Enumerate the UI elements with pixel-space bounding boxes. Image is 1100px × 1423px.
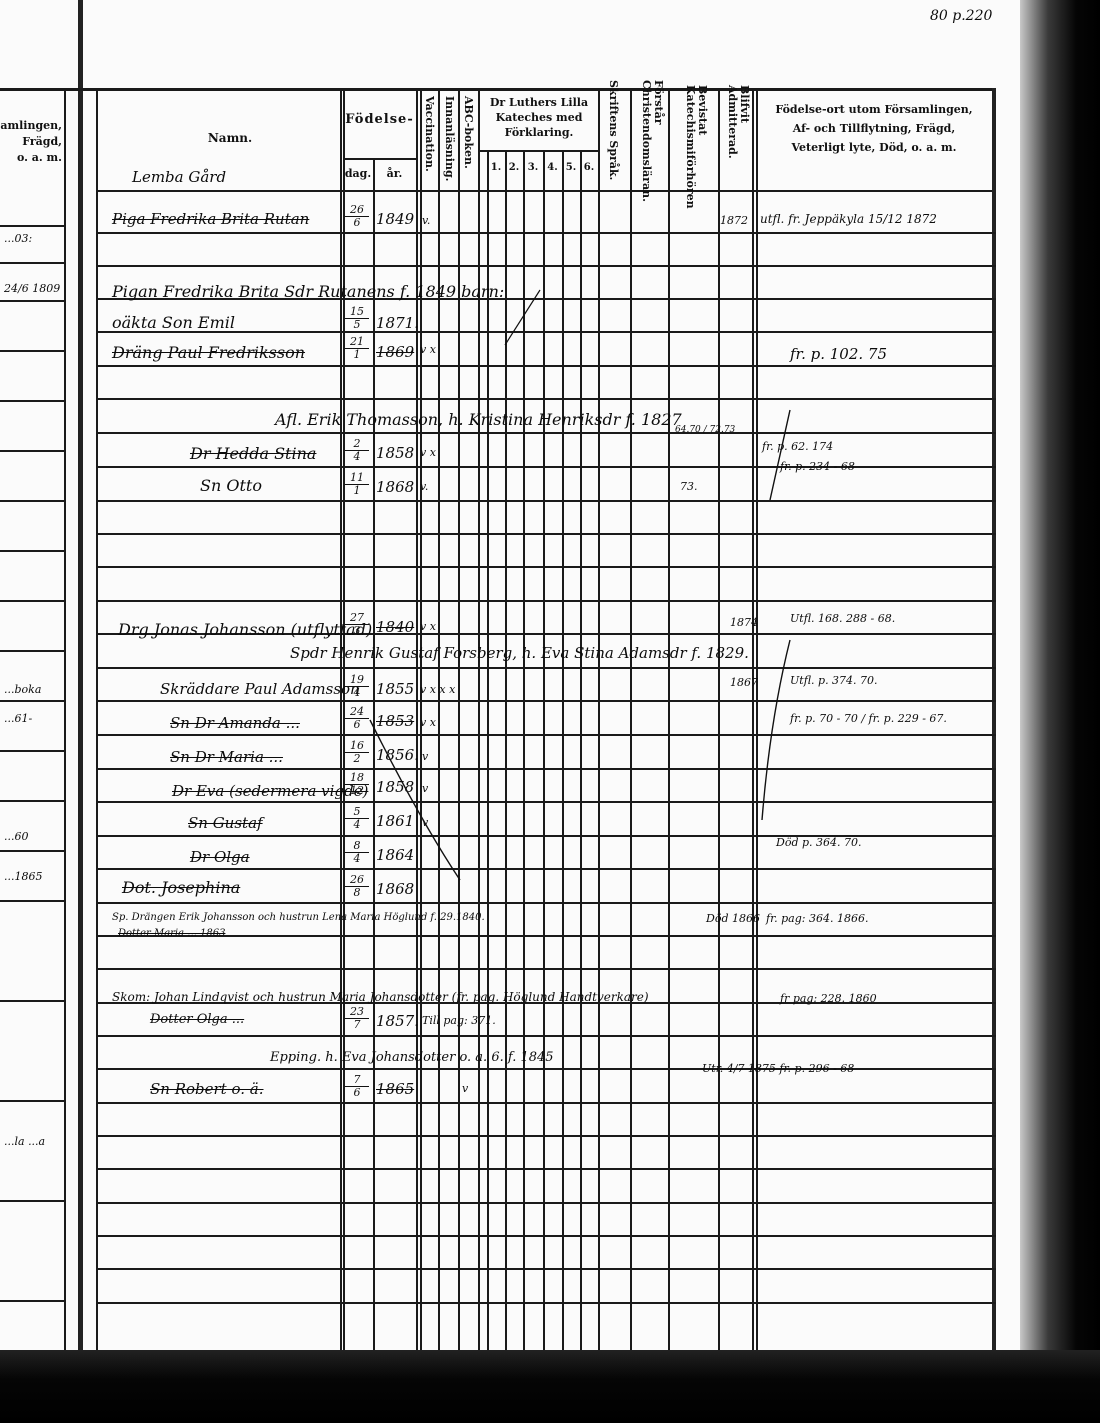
scan-shadow-bottom bbox=[0, 1350, 1100, 1423]
scan-shadow-right bbox=[1020, 0, 1100, 1423]
diagonal-strike-marks bbox=[0, 0, 1100, 1423]
register-page: 80 p.220 amlingen, Frägd, o. a. m. ...03… bbox=[0, 0, 1100, 1423]
